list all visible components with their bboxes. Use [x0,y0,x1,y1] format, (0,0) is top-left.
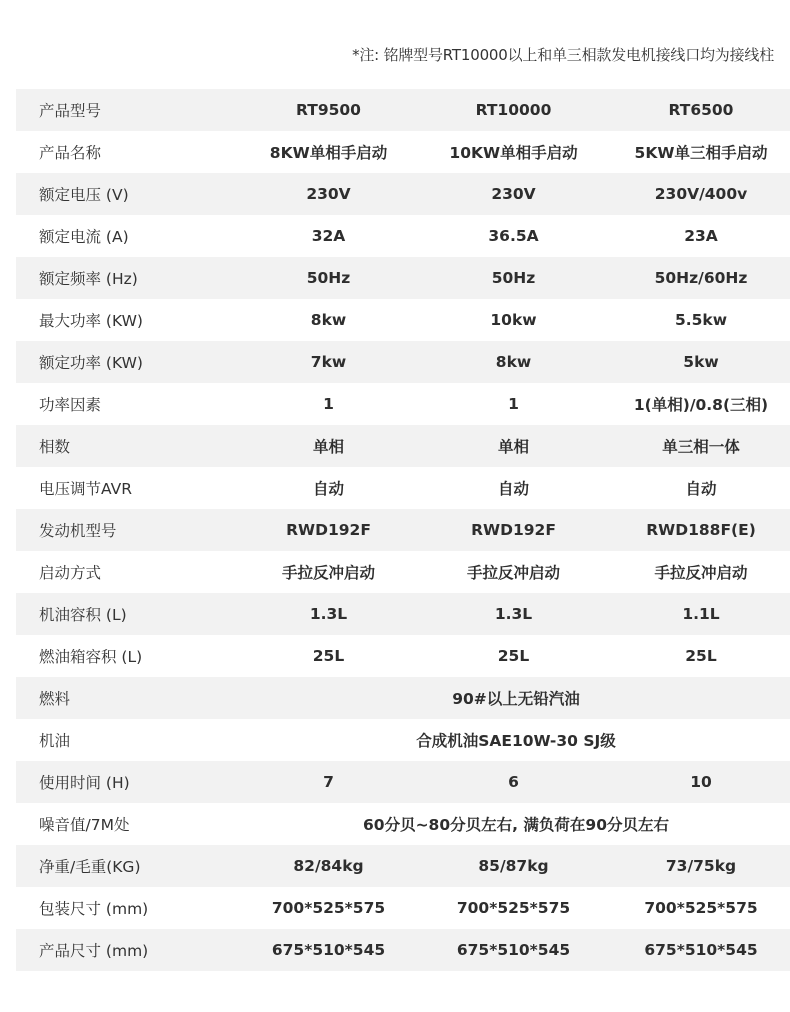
cell-rt6500: 25L [606,635,790,677]
cell-rt10000: 8kw [421,341,606,383]
cell-rt9500: 32A [236,215,421,257]
cell-rt10000: 85/87kg [421,845,606,887]
row-label: 功率因素 [16,383,236,425]
row-label: 机油 [16,719,236,761]
table-row-package-size: 包装尺寸 (mm) 700*525*575 700*525*575 700*52… [16,887,790,929]
cell-rt9500: 8kw [236,299,421,341]
merged-cell-fuel: 90#以上无铅汽油 [236,677,790,719]
cell-rt6500: 5KW单三相手启动 [606,131,790,173]
cell-rt9500: 自动 [236,467,421,509]
cell-rt10000: 10kw [421,299,606,341]
row-label: 使用时间 (H) [16,761,236,803]
row-label: 产品尺寸 (mm) [16,929,236,971]
table-row-product-size: 产品尺寸 (mm) 675*510*545 675*510*545 675*51… [16,929,790,971]
row-label: 额定电压 (V) [16,173,236,215]
cell-rt6500: 5.5kw [606,299,790,341]
row-label: 发动机型号 [16,509,236,551]
cell-rt6500: 自动 [606,467,790,509]
cell-rt6500: 1(单相)/0.8(三相) [606,383,790,425]
cell-rt9500: 50Hz [236,257,421,299]
row-label: 机油容积 (L) [16,593,236,635]
row-label: 相数 [16,425,236,467]
table-row-product-name: 产品名称 8KW单相手启动 10KW单相手启动 5KW单三相手启动 [16,131,790,173]
row-label: 噪音值/7M处 [16,803,236,845]
cell-rt6500: 73/75kg [606,845,790,887]
cell-rt6500: 1.1L [606,593,790,635]
cell-rt10000: 10KW单相手启动 [421,131,606,173]
cell-rt9500: 1.3L [236,593,421,635]
table-row-fuel-tank: 燃油箱容积 (L) 25L 25L 25L [16,635,790,677]
cell-rt9500: RT9500 [236,89,421,131]
cell-rt9500: 675*510*545 [236,929,421,971]
cell-rt10000: 230V [421,173,606,215]
cell-rt9500: 8KW单相手启动 [236,131,421,173]
row-label: 启动方式 [16,551,236,593]
merged-cell-noise: 60分贝~80分贝左右, 满负荷在90分贝左右 [236,803,790,845]
row-label: 额定频率 (Hz) [16,257,236,299]
cell-rt9500: 82/84kg [236,845,421,887]
row-label: 包装尺寸 (mm) [16,887,236,929]
table-row-runtime: 使用时间 (H) 7 6 10 [16,761,790,803]
table-row-noise: 噪音值/7M处 60分贝~80分贝左右, 满负荷在90分贝左右 [16,803,790,845]
row-label: 净重/毛重(KG) [16,845,236,887]
table-row-start-method: 启动方式 手拉反冲启动 手拉反冲启动 手拉反冲启动 [16,551,790,593]
row-label: 最大功率 (KW) [16,299,236,341]
cell-rt10000: RWD192F [421,509,606,551]
row-label: 产品名称 [16,131,236,173]
table-row-phases: 相数 单相 单相 单三相一体 [16,425,790,467]
cell-rt6500: 700*525*575 [606,887,790,929]
table-row-rated-current: 额定电流 (A) 32A 36.5A 23A [16,215,790,257]
cell-rt10000: 6 [421,761,606,803]
cell-rt6500: 单三相一体 [606,425,790,467]
cell-rt9500: 1 [236,383,421,425]
spec-table: 产品型号 RT9500 RT10000 RT6500 产品名称 8KW单相手启动… [16,89,790,971]
table-row-rated-voltage: 额定电压 (V) 230V 230V 230V/400v [16,173,790,215]
row-label: 电压调节AVR [16,467,236,509]
cell-rt6500: 5kw [606,341,790,383]
table-row-rated-power: 额定功率 (KW) 7kw 8kw 5kw [16,341,790,383]
cell-rt6500: 手拉反冲启动 [606,551,790,593]
table-row-model: 产品型号 RT9500 RT10000 RT6500 [16,89,790,131]
row-label: 产品型号 [16,89,236,131]
cell-rt9500: RWD192F [236,509,421,551]
cell-rt9500: 700*525*575 [236,887,421,929]
cell-rt6500: 230V/400v [606,173,790,215]
row-label: 额定功率 (KW) [16,341,236,383]
table-row-power-factor: 功率因素 1 1 1(单相)/0.8(三相) [16,383,790,425]
cell-rt10000: 36.5A [421,215,606,257]
cell-rt6500: 10 [606,761,790,803]
table-row-avr: 电压调节AVR 自动 自动 自动 [16,467,790,509]
cell-rt10000: 自动 [421,467,606,509]
cell-rt6500: RT6500 [606,89,790,131]
cell-rt9500: 单相 [236,425,421,467]
table-row-weight: 净重/毛重(KG) 82/84kg 85/87kg 73/75kg [16,845,790,887]
wiring-note: *注: 铭牌型号RT10000以上和单三相款发电机接线口均为接线柱 [352,44,774,65]
table-row-rated-frequency: 额定频率 (Hz) 50Hz 50Hz 50Hz/60Hz [16,257,790,299]
table-row-max-power: 最大功率 (KW) 8kw 10kw 5.5kw [16,299,790,341]
row-label: 燃料 [16,677,236,719]
cell-rt10000: 1 [421,383,606,425]
cell-rt10000: 25L [421,635,606,677]
row-label: 额定电流 (A) [16,215,236,257]
cell-rt10000: 50Hz [421,257,606,299]
row-label: 燃油箱容积 (L) [16,635,236,677]
cell-rt9500: 手拉反冲启动 [236,551,421,593]
cell-rt9500: 230V [236,173,421,215]
cell-rt10000: 1.3L [421,593,606,635]
cell-rt6500: 675*510*545 [606,929,790,971]
cell-rt6500: RWD188F(E) [606,509,790,551]
merged-cell-engine-oil: 合成机油SAE10W-30 SJ级 [236,719,790,761]
cell-rt10000: 675*510*545 [421,929,606,971]
cell-rt10000: 单相 [421,425,606,467]
cell-rt10000: 700*525*575 [421,887,606,929]
table-row-engine-model: 发动机型号 RWD192F RWD192F RWD188F(E) [16,509,790,551]
table-row-engine-oil: 机油 合成机油SAE10W-30 SJ级 [16,719,790,761]
cell-rt9500: 7kw [236,341,421,383]
cell-rt10000: RT10000 [421,89,606,131]
cell-rt9500: 25L [236,635,421,677]
cell-rt6500: 50Hz/60Hz [606,257,790,299]
table-row-fuel: 燃料 90#以上无铅汽油 [16,677,790,719]
cell-rt9500: 7 [236,761,421,803]
cell-rt6500: 23A [606,215,790,257]
table-row-oil-capacity: 机油容积 (L) 1.3L 1.3L 1.1L [16,593,790,635]
cell-rt10000: 手拉反冲启动 [421,551,606,593]
